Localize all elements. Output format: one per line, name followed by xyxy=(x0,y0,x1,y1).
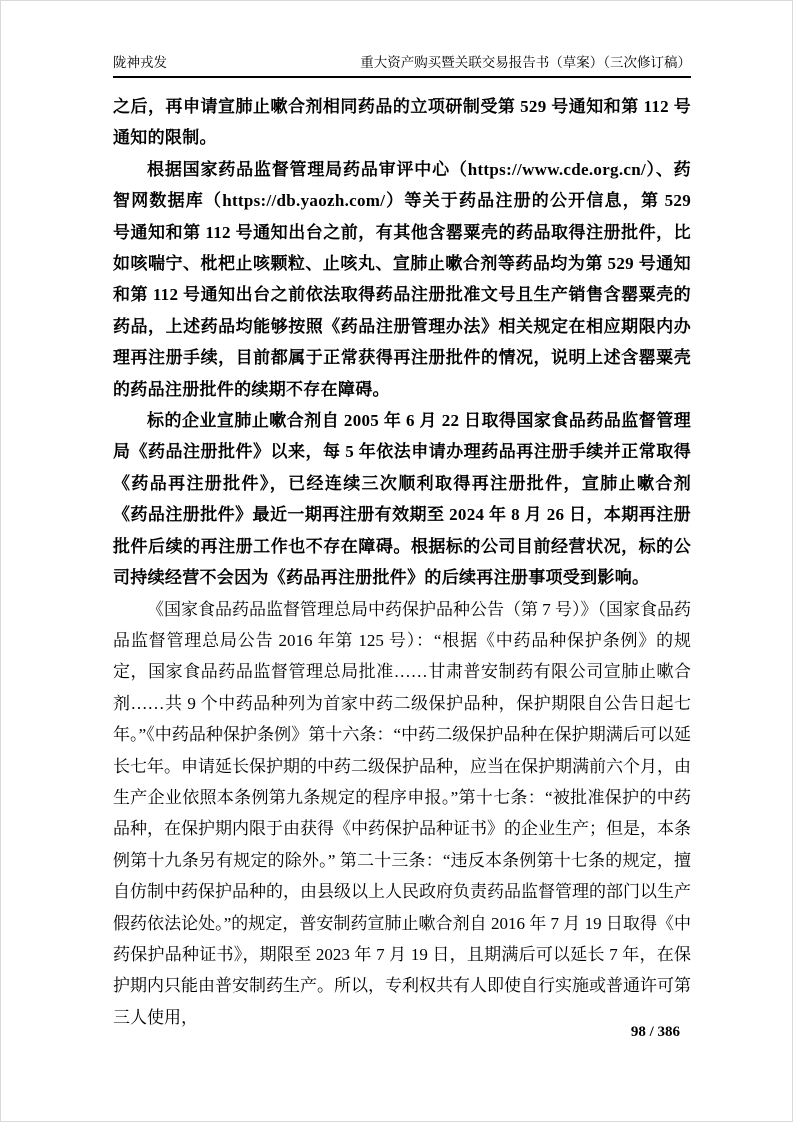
page-header: 陇神戎发 重大资产购买暨关联交易报告书（草案）（三次修订稿） xyxy=(113,51,691,78)
page-number: 98 / 386 xyxy=(631,1024,680,1040)
document-page: 陇神戎发 重大资产购买暨关联交易报告书（草案）（三次修订稿） 之后，再申请宣肺止… xyxy=(0,0,793,1122)
page-footer: 98 / 386 xyxy=(113,1024,680,1041)
header-report-title: 重大资产购买暨关联交易报告书（草案）（三次修订稿） xyxy=(360,51,691,75)
paragraph-tcm-protection: 《国家食品药品监督管理总局中药保护品种公告（第 7 号）》（国家食品药品监督管理… xyxy=(113,594,691,1034)
document-body: 之后，再申请宣肺止嗽合剂相同药品的立项研制受第 529 号通知和第 112 号通… xyxy=(113,91,691,1033)
paragraph-continuation: 之后，再申请宣肺止嗽合剂相同药品的立项研制受第 529 号通知和第 112 号通… xyxy=(113,91,691,154)
paragraph-renewal-status: 标的企业宣肺止嗽合剂自 2005 年 6 月 22 日取得国家食品药品监督管理局… xyxy=(113,405,691,593)
paragraph-registration-info: 根据国家药品监督管理局药品审评中心（https://www.cde.org.cn… xyxy=(113,154,691,405)
header-company-name: 陇神戎发 xyxy=(113,51,167,75)
